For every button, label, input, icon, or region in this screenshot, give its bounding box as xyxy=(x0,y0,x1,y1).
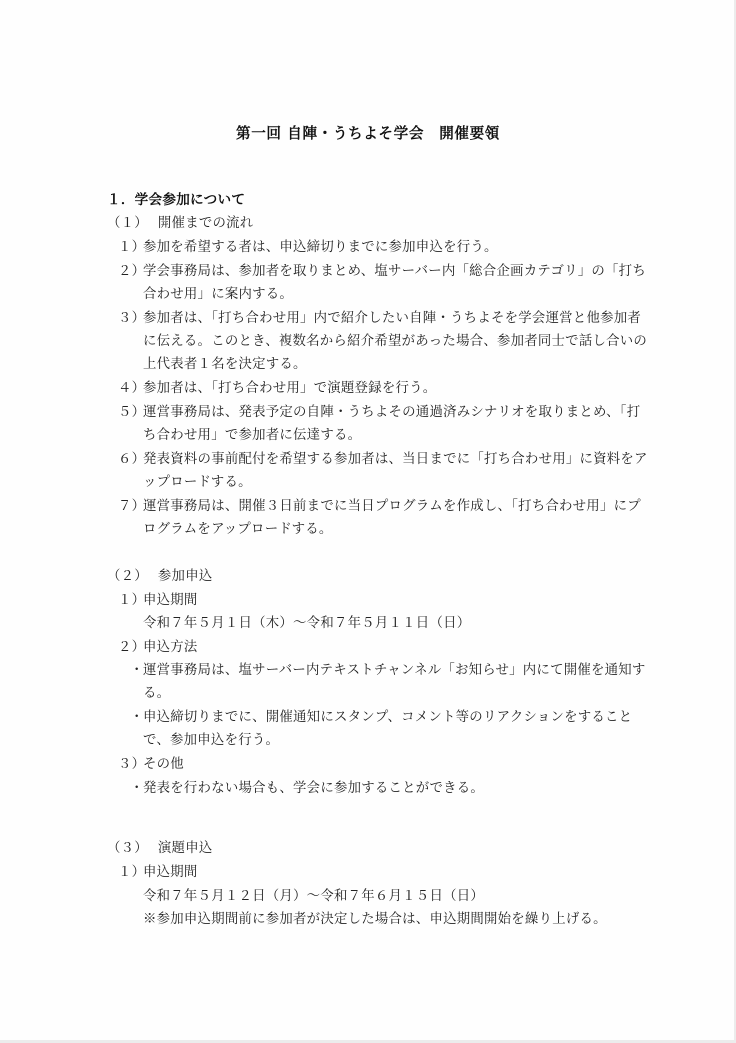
list-item-number: ６） xyxy=(118,451,145,469)
subsection-heading: （２）参加申込 xyxy=(107,568,212,586)
subsection-title: 参加申込 xyxy=(158,569,213,584)
list-item-number: １） xyxy=(118,239,145,257)
list-item-number: ２） xyxy=(118,639,145,657)
subsection-heading: （３）演題申込 xyxy=(107,840,212,858)
list-item-text: 参加を希望する者は、申込締切りまでに参加申込を行う。 xyxy=(143,239,498,257)
date-range: 令和７年５月１日（木）～令和７年５月１１日（日） xyxy=(143,615,470,633)
list-item-text: 参加者は、「打ち合わせ用」内で紹介したい自陣・うちよそを学会運営と他参加者 xyxy=(143,310,641,328)
list-item-text: 参加者は、「打ち合わせ用」で演題登録を行う。 xyxy=(143,380,436,398)
list-item-text: 運営事務局は、発表予定の自陣・うちよその通過済みシナリオを取りまとめ、「打 xyxy=(143,404,640,422)
bullet-text: で、参加申込を行う。 xyxy=(143,732,279,750)
section-heading: １．学会参加について xyxy=(107,191,245,209)
subsection-number: （１） xyxy=(107,215,148,233)
list-item-heading: その他 xyxy=(143,756,184,774)
list-item-text: ち合わせ用」で参加者に伝達する。 xyxy=(143,427,361,445)
subsection-title: 開催までの流れ xyxy=(158,216,253,231)
bullet-text: 運営事務局は、塩サーバー内テキストチャンネル「お知らせ」内にて開催を通知す xyxy=(143,662,646,680)
subsection-number: （３） xyxy=(107,840,148,858)
bullet-mark: ・ xyxy=(130,709,144,727)
bullet-mark: ・ xyxy=(130,662,144,680)
subsection-heading: （１）開催までの流れ xyxy=(107,215,253,233)
document-page: 第一回 自陣・うちよそ学会 開催要領 １．学会参加について （１）開催までの流れ… xyxy=(0,0,736,1043)
date-range: 令和７年５月１２日（月）～令和７年６月１５日（日） xyxy=(143,888,484,906)
list-item-number: １） xyxy=(118,592,145,610)
list-item-number: ３） xyxy=(118,756,145,774)
list-item-text: 発表資料の事前配付を希望する参加者は、当日までに「打ち合わせ用」に資料をア xyxy=(143,451,648,469)
list-item-text: に伝える。このとき、複数名から紹介希望があった場合、参加者同士で話し合いの xyxy=(143,333,647,351)
list-item-number: ５） xyxy=(118,404,145,422)
subsection-title: 演題申込 xyxy=(158,841,213,856)
list-item-heading: 申込期間 xyxy=(143,864,198,882)
list-item-text: 上代表者１名を決定する。 xyxy=(143,356,307,374)
list-item-text: 合わせ用」に案内する。 xyxy=(143,286,293,304)
document-title: 第一回 自陣・うちよそ学会 開催要領 xyxy=(0,122,736,143)
bullet-text: 申込締切りまでに、開催通知にスタンプ、コメント等のリアクションをすること xyxy=(143,709,632,727)
list-item-number: ２） xyxy=(118,263,145,281)
list-item-text: ログラムをアップロードする。 xyxy=(143,521,333,539)
list-item-heading: 申込方法 xyxy=(143,639,198,657)
list-item-heading: 申込期間 xyxy=(143,592,198,610)
list-item-text: ップロードする。 xyxy=(143,474,252,492)
bullet-text: る。 xyxy=(143,685,170,703)
list-item-text: 運営事務局は、開催３日前までに当日プログラムを作成し、「打ち合わせ用」にプ xyxy=(143,498,641,516)
bullet-mark: ・ xyxy=(130,780,144,798)
note-text: ※参加申込期間前に参加者が決定した場合は、申込期間開始を繰り上げる。 xyxy=(143,911,607,929)
list-item-number: １） xyxy=(118,864,145,882)
bullet-text: 発表を行わない場合も、学会に参加することができる。 xyxy=(143,780,484,798)
list-item-text: 学会事務局は、参加者を取りまとめ、塩サーバー内「総合企画カテゴリ」の「打ち xyxy=(143,263,646,281)
list-item-number: ７） xyxy=(118,498,145,516)
list-item-number: ３） xyxy=(118,310,145,328)
subsection-number: （２） xyxy=(107,568,148,586)
list-item-number: ４） xyxy=(118,380,145,398)
